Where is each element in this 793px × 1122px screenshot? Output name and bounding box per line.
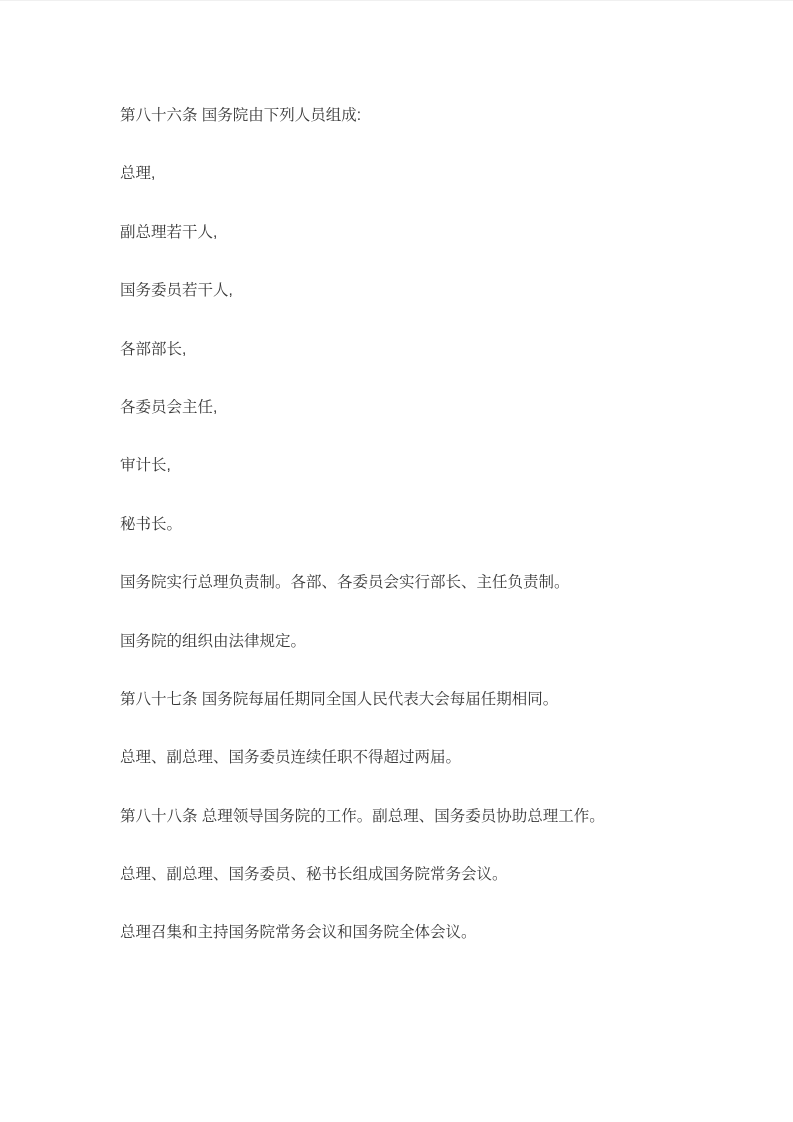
paragraph-list-item-auditor-general: 审计长, (120, 458, 713, 474)
paragraph-article-87: 第八十七条 国务院每届任期同全国人民代表大会每届任期相同。 (120, 692, 713, 708)
paragraph-premier-responsibility: 国务院实行总理负责制。各部、各委员会实行部长、主任负责制。 (120, 575, 713, 591)
paragraph-list-item-premier: 总理, (120, 166, 713, 182)
paragraph-article-86-heading: 第八十六条 国务院由下列人员组成: (120, 108, 713, 124)
paragraph-list-item-commission-directors: 各委员会主任, (120, 400, 713, 416)
paragraph-executive-meeting-composition: 总理、副总理、国务委员、秘书长组成国务院常务会议。 (120, 867, 713, 883)
paragraph-list-item-ministers: 各部部长, (120, 342, 713, 358)
document-body: 第八十六条 国务院由下列人员组成: 总理, 副总理若干人, 国务委员若干人, 各… (120, 108, 713, 984)
document-page: 第八十六条 国务院由下列人员组成: 总理, 副总理若干人, 国务委员若干人, 各… (0, 0, 793, 1122)
paragraph-list-item-secretary-general: 秘书长。 (120, 517, 713, 533)
paragraph-list-item-vice-premiers: 副总理若干人, (120, 225, 713, 241)
paragraph-term-limit: 总理、副总理、国务委员连续任职不得超过两届。 (120, 750, 713, 766)
paragraph-organization-by-law: 国务院的组织由法律规定。 (120, 634, 713, 650)
paragraph-list-item-state-councillors: 国务委员若干人, (120, 283, 713, 299)
paragraph-article-88: 第八十八条 总理领导国务院的工作。副总理、国务委员协助总理工作。 (120, 809, 713, 825)
paragraph-premier-convenes-meetings: 总理召集和主持国务院常务会议和国务院全体会议。 (120, 925, 713, 941)
